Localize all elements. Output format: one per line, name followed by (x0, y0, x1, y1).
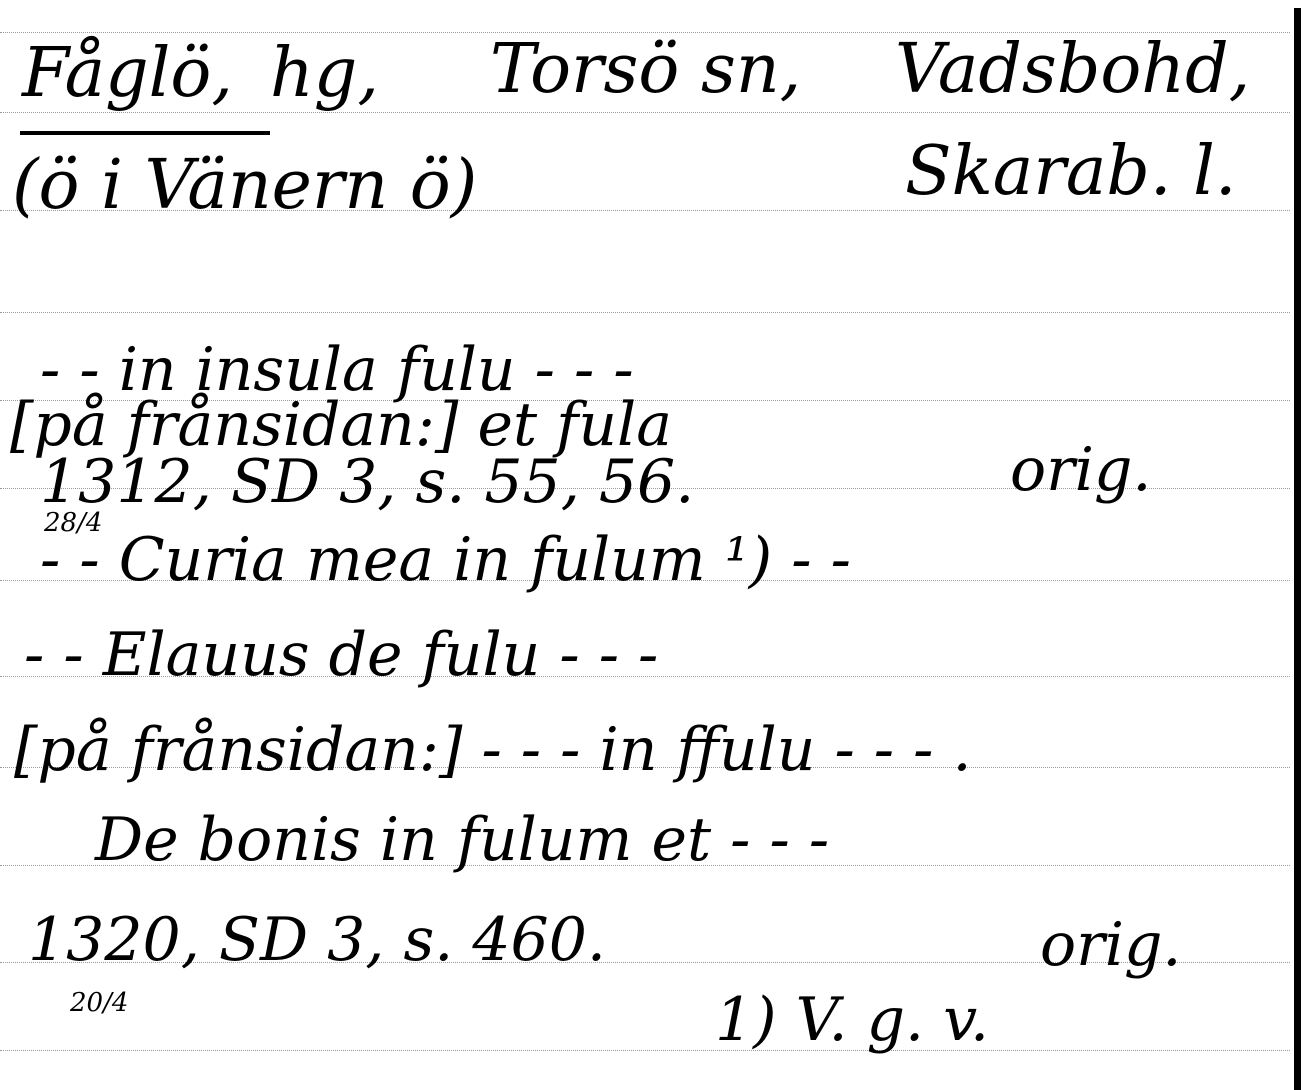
header-county: Skarab. l. (905, 138, 1237, 206)
ruled-line (0, 1050, 1290, 1051)
entry-5-quote: De bonis in fulum et - - - (95, 810, 829, 870)
entry-1-status: orig. (1010, 440, 1151, 500)
header-hundred: Vadsbohd, (895, 36, 1250, 104)
entry-3-quote: - - Elauus de fulu - - - (24, 625, 658, 685)
entry-1-variant: [på frånsidan:] et fula (10, 395, 672, 455)
header-place-name: Fåglö, (22, 40, 233, 108)
ruled-line (0, 312, 1290, 313)
archive-index-card: Fåglö, hg, Torsö sn, Vadsbohd, (ö i Väne… (0, 0, 1311, 1090)
place-name-underline (20, 131, 270, 135)
entry-5-date-note: 20/4 (70, 990, 128, 1016)
entry-5-status: orig. (1040, 915, 1181, 975)
header-type: hg, (270, 40, 379, 108)
footnote: 1) V. g. v. (715, 990, 989, 1050)
header-note: (ö i Vänern ö) (12, 152, 477, 220)
card-edge-border (1294, 8, 1301, 1090)
entry-2-quote: - - Curia mea in fulum ¹) - - (40, 530, 851, 590)
header-parish: Torsö sn, (490, 36, 801, 104)
entry-4-variant: [på frånsidan:] - - - in ffulu - - - . (14, 720, 972, 780)
entry-1-citation: 1312, SD 3, s. 55, 56. (40, 452, 694, 512)
entry-5-citation: 1320, SD 3, s. 460. (28, 910, 606, 970)
